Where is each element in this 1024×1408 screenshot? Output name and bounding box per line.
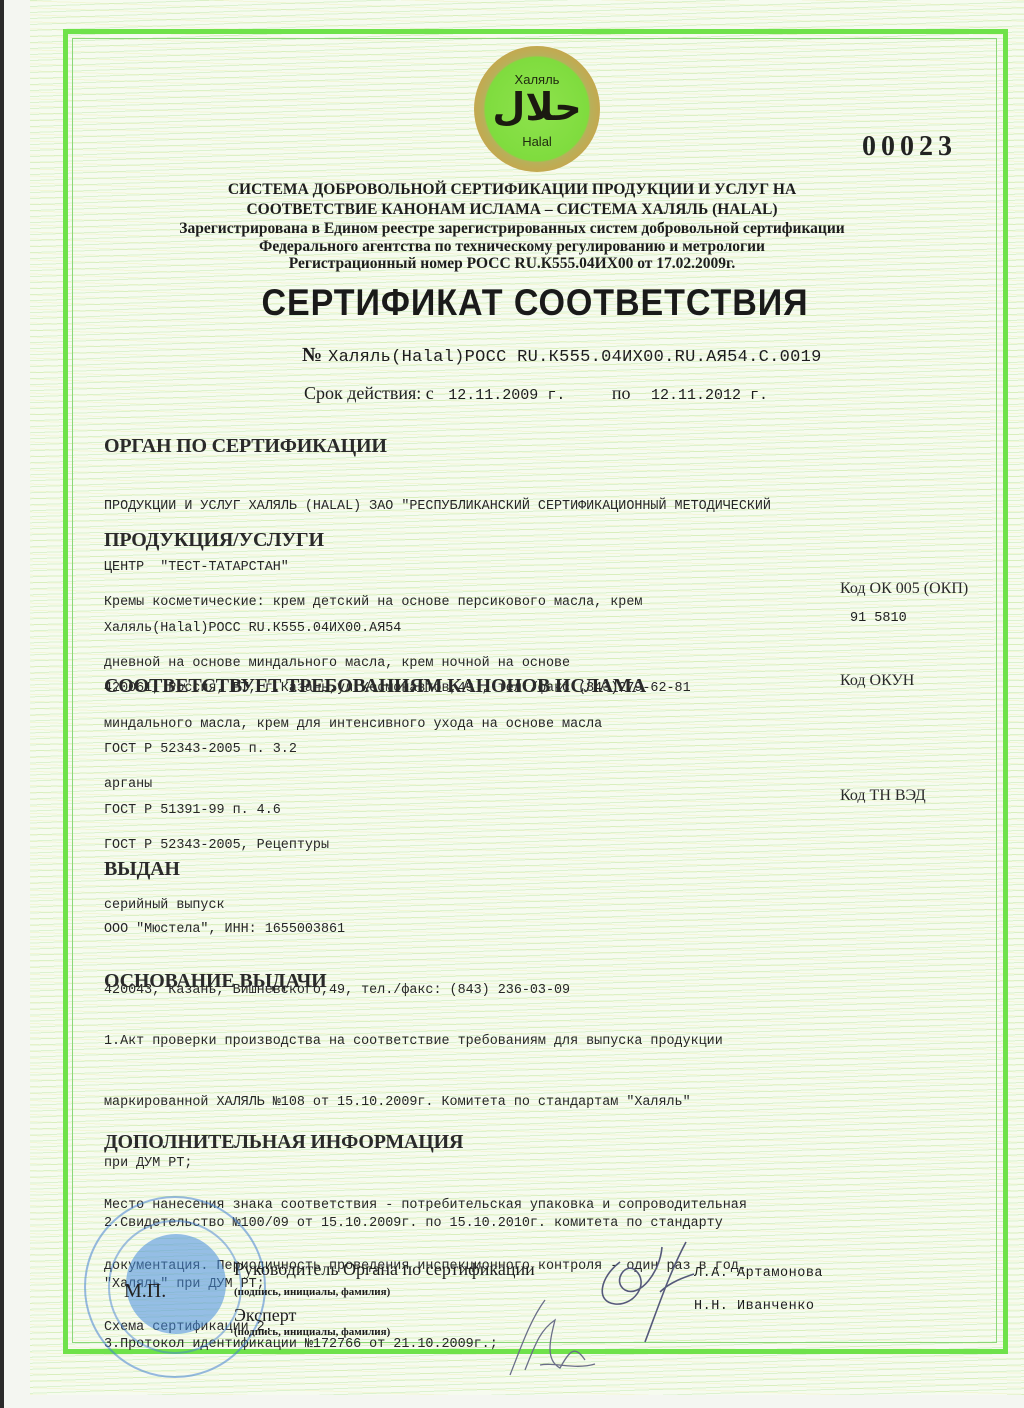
number-sign: № [302,344,322,366]
head-signature-icon [590,1232,700,1352]
compliance-text: ГОСТ Р 52343-2005 п. 3.2 ГОСТ Р 51391-99… [104,700,297,841]
certification-body-heading: ОРГАН ПО СЕРТИФИКАЦИИ [104,435,387,458]
text-line: дневной на основе миндального масла, кре… [104,654,642,674]
okp-code-label: Код ОК 005 (ОКП) [840,580,968,598]
head-role-label: Руководитель Органа по сертификации [234,1259,535,1280]
text-line: ООО "Мюстела", ИНН: 1655003861 [104,920,570,940]
head-name: Л.А. Артамонова [694,1266,823,1281]
validity-label: Срок действия: с [304,383,434,403]
text-line: ПРОДУКЦИИ И УСЛУГ ХАЛЯЛЬ (HALAL) ЗАО "РЕ… [104,497,771,517]
valid-to: 12.11.2012 г. [651,387,768,404]
compliance-heading: СООТВЕТСТВУЕТ ТРЕБОВАНИЯМ КАНОНОВ ИСЛАМА [104,675,646,698]
certificate-number: №Халяль(Halal)РОСС RU.К555.04ИХ00.RU.АЯ5… [302,344,822,367]
products-heading: ПРОДУКЦИЯ/УСЛУГИ [104,529,324,552]
logo-text-ar: حلال [474,86,600,128]
basis-heading: ОСНОВАНИЕ ВЫДАЧИ [104,970,327,993]
validity-to-label: по [612,383,631,403]
valid-from: 12.11.2009 г. [448,387,565,404]
certificate-title: СЕРТИФИКАТ СООТВЕТСТВИЯ [43,282,1024,324]
validity-period: Срок действия: с 12.11.2009 г. по 12.11.… [304,383,768,404]
registration-line: Регистрационный номер РОСС RU.К555.04ИХ0… [0,255,1024,273]
text-line: Кремы косметические: крем детский на осн… [104,593,642,613]
system-title: СИСТЕМА ДОБРОВОЛЬНОЙ СЕРТИФИКАЦИИ ПРОДУК… [0,180,1024,220]
registration-line: Зарегистрирована в Едином реестре зареги… [0,220,1024,238]
expert-signature-hint: (подпись, инициалы, фамилия) [234,1326,390,1338]
expert-name: Н.Н. Иванченко [694,1299,814,1314]
certificate-number-value: Халяль(Halal)РОСС RU.К555.04ИХ00.RU.АЯ54… [328,348,822,367]
expert-signature-icon [500,1290,600,1380]
expert-role-label: Эксперт [234,1305,296,1326]
issued-to-heading: ВЫДАН [104,858,180,881]
logo-text-en: Halal [474,134,600,149]
text-line: маркированной ХАЛЯЛЬ №108 от 15.10.2009г… [104,1093,723,1113]
text-line: 1.Акт проверки производства на соответст… [104,1032,723,1052]
halal-seal-icon: Халяль حلال Halal [474,46,600,172]
text-line: ГОСТ Р 51391-99 п. 4.6 [104,801,297,821]
okun-code-label: Код ОКУН [840,672,914,690]
additional-info-heading: ДОПОЛНИТЕЛЬНАЯ ИНФОРМАЦИЯ [104,1131,463,1154]
tnved-code-label: Код ТН ВЭД [840,787,926,805]
system-title-line: СИСТЕМА ДОБРОВОЛЬНОЙ СЕРТИФИКАЦИИ ПРОДУК… [0,180,1024,200]
registration-info: Зарегистрирована в Едином реестре зареги… [0,220,1024,273]
okp-code-value: 91 5810 [850,611,907,626]
head-signature-hint: (подпись, инициалы, фамилия) [234,1286,390,1298]
serial-number: 00023 [862,131,957,163]
system-title-line: СООТВЕТСТВИЕ КАНОНАМ ИСЛАМА – СИСТЕМА ХА… [0,200,1024,220]
registration-line: Федерального агентства по техническому р… [0,238,1024,256]
text-line: ГОСТ Р 52343-2005 п. 3.2 [104,740,297,760]
stamp-place-label: М.П. [124,1280,166,1303]
